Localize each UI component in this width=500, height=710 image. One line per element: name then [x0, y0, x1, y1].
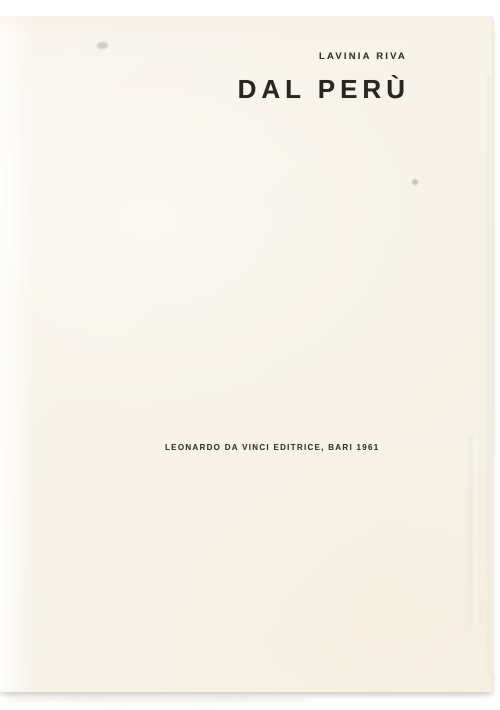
author-name: LAVINIA RIVA — [319, 51, 407, 62]
cover-left-highlight — [0, 16, 34, 692]
book-shadow — [4, 697, 314, 702]
smudge-mark — [97, 42, 108, 49]
book-cover — [0, 16, 493, 692]
book-title: DAL PERÙ — [238, 74, 410, 105]
dust-speck — [412, 179, 418, 185]
cover-crease — [468, 436, 478, 626]
publisher-imprint: LEONARDO DA VINCI EDITRICE, BARI 1961 — [165, 443, 380, 452]
cover-right-edge-shading — [486, 76, 490, 676]
cover-top-tint — [0, 16, 492, 42]
book-photo: LAVINIA RIVA DAL PERÙ LEONARDO DA VINCI … — [0, 0, 500, 710]
